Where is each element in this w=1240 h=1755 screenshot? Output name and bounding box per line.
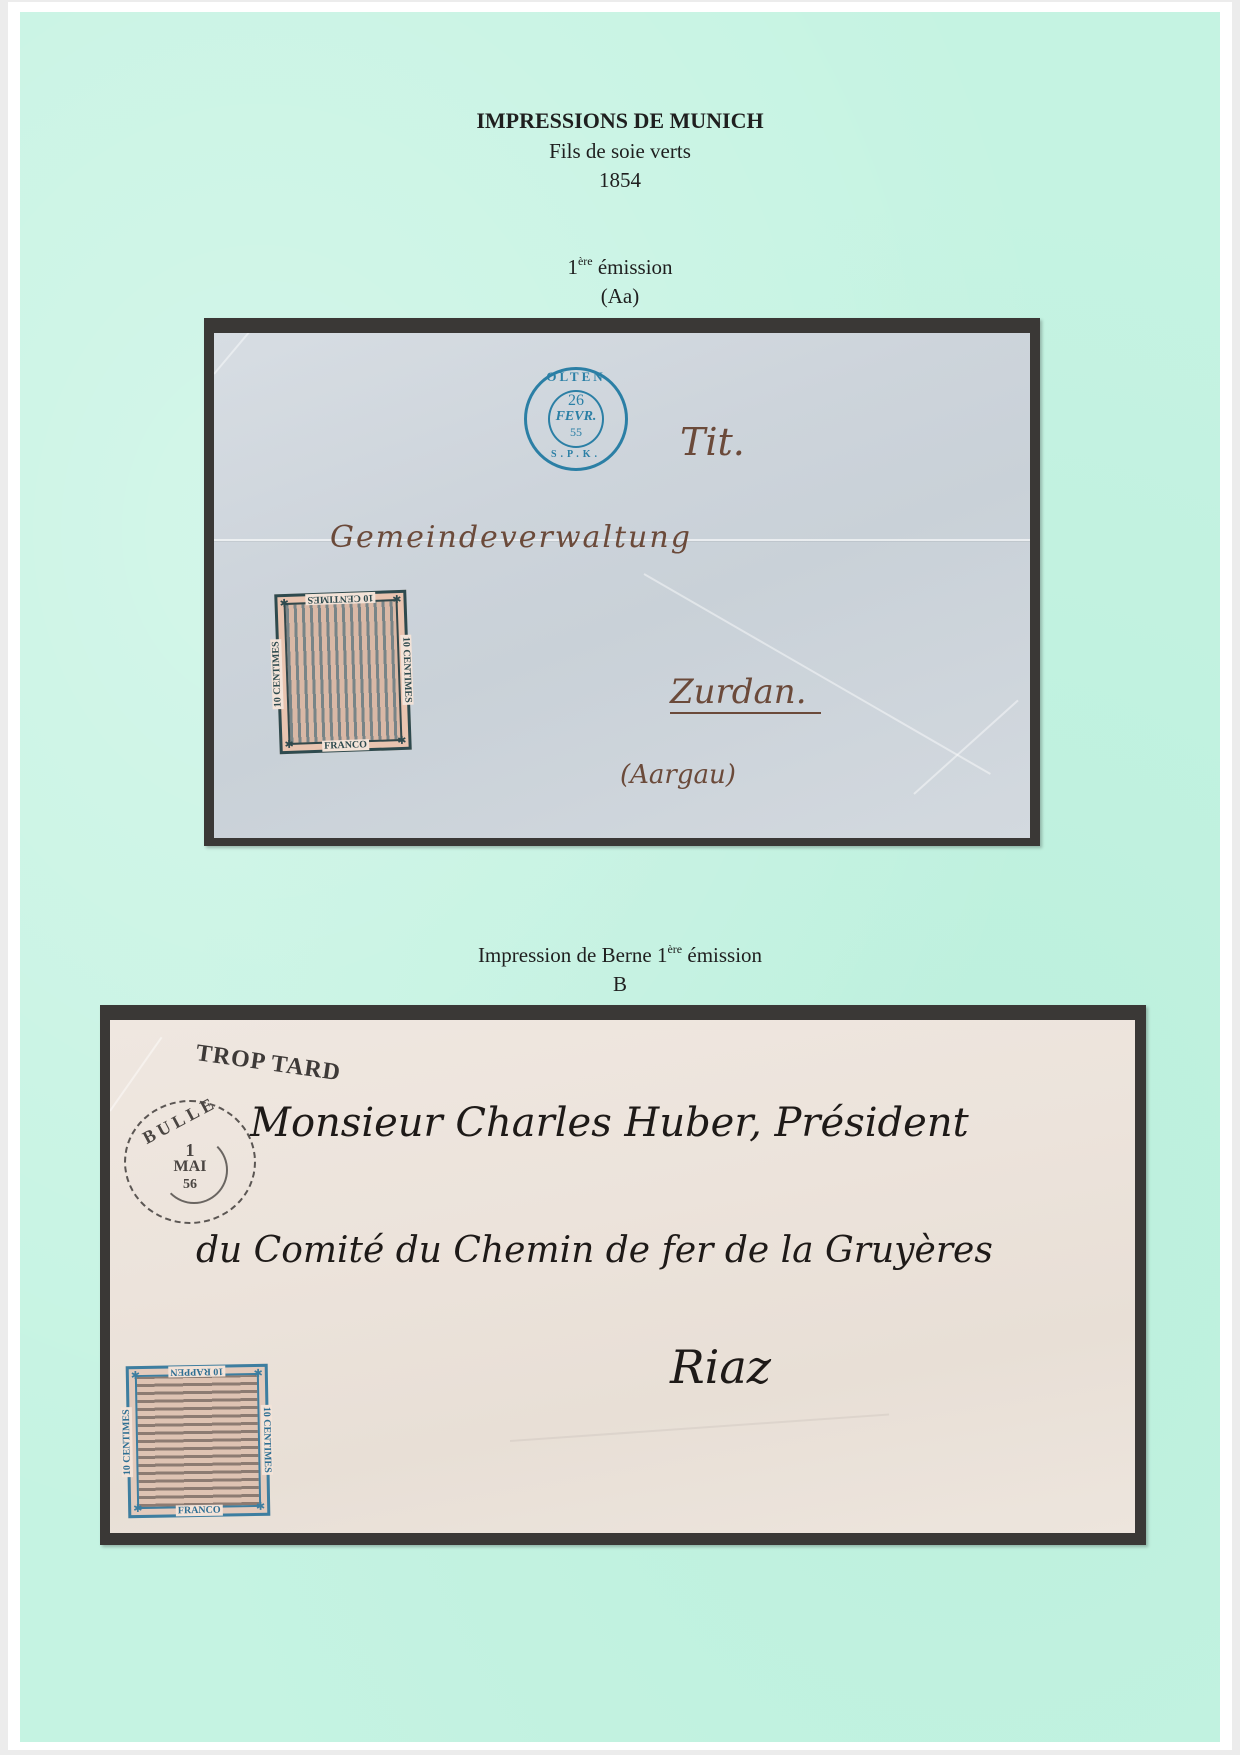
address-line-1: Tit. <box>680 420 745 464</box>
section1-heading-suffix: émission <box>593 255 673 279</box>
crease <box>214 333 285 375</box>
address-line-3: Zurdan. <box>670 672 821 714</box>
postmark-town: OLTEN <box>527 369 625 385</box>
bulle-postmark: BULLE 1 MAI 56 <box>124 1100 256 1224</box>
star-icon: ✱ <box>397 734 407 747</box>
star-icon: ✱ <box>253 1367 262 1380</box>
section2-heading-prefix: Impression de Berne 1 <box>478 943 668 967</box>
stamp-text-left: 10 CENTIMES <box>270 639 283 709</box>
star-icon: ✱ <box>256 1500 265 1513</box>
postmark-day: 26 <box>527 392 625 410</box>
address-line-1: Monsieur Charles Huber, Président <box>250 1100 969 1146</box>
page-year: 1854 <box>0 168 1240 193</box>
postmark-bottom: S.P.K. <box>527 449 625 460</box>
stamp-text-right: 10 CENTIMES <box>261 1405 273 1475</box>
stamp-text-bottom: FRANCO <box>176 1505 223 1517</box>
star-icon: ✱ <box>392 593 402 606</box>
address-line-2: Gemeindeverwaltung <box>330 520 692 555</box>
section2-heading: Impression de Berne 1ère émission <box>0 943 1240 968</box>
crease <box>510 1413 889 1442</box>
stamp-helvetia-design <box>284 599 403 745</box>
stamp-10-centimes: 10 CENTIMES FRANCO 10 CENTIMES 10 CENTIM… <box>274 590 412 755</box>
postmark-month: MAI <box>126 1158 254 1176</box>
star-icon: ✱ <box>131 1369 140 1382</box>
stamp-text-top: 10 RAPPEN <box>168 1366 225 1378</box>
section1-heading-sup: ère <box>578 254 593 268</box>
page-title: IMPRESSIONS DE MUNICH <box>0 108 1240 134</box>
stamp-text-bottom: FRANCO <box>322 739 369 752</box>
crease <box>913 700 1018 795</box>
page-subtitle: Fils de soie verts <box>0 139 1240 164</box>
stamp-10-rappen: 10 RAPPEN FRANCO 10 CENTIMES 10 CENTIMES… <box>126 1364 271 1518</box>
section2-subheading: B <box>0 972 1240 997</box>
address-line-3: Riaz <box>670 1340 771 1394</box>
postmark-year: 56 <box>126 1177 254 1193</box>
star-icon: ✱ <box>284 738 294 751</box>
olten-postmark: OLTEN 26 FEVR. 55 S.P.K. <box>524 367 628 471</box>
section1-heading: 1ère émission <box>0 255 1240 280</box>
star-icon: ✱ <box>133 1502 142 1515</box>
postmark-month: FEVR. <box>527 409 625 425</box>
crease <box>110 1037 162 1112</box>
postmark-year: 55 <box>527 425 625 440</box>
stamp-helvetia-design <box>135 1373 261 1509</box>
section2-heading-suffix: émission <box>682 943 762 967</box>
stamp-text-left: 10 CENTIMES <box>121 1407 133 1477</box>
address-line-4: (Aargau) <box>620 760 736 790</box>
section2-heading-sup: ère <box>667 942 682 956</box>
address-line-2: du Comité du Chemin de fer de la Gruyère… <box>196 1230 993 1271</box>
section1-subheading: (Aa) <box>0 284 1240 309</box>
section1-heading-prefix: 1 <box>567 255 578 279</box>
star-icon: ✱ <box>279 597 289 610</box>
